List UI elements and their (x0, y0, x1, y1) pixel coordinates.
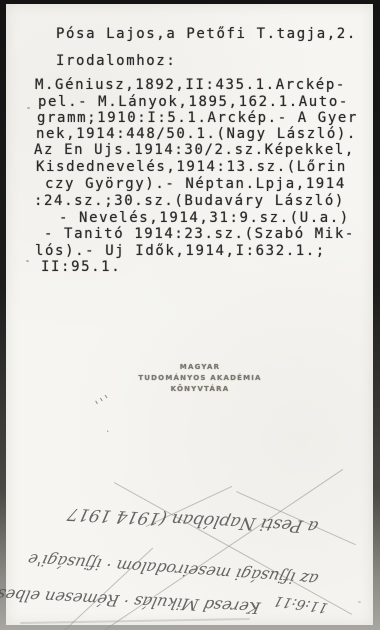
paper-speck (358, 601, 361, 603)
scanned-catalog-card: Pósa Lajos,a Petőfi T.tagja,2. Irodalomh… (0, 0, 380, 630)
paper-speck (27, 107, 30, 109)
typed-line: :24.sz.;30.sz.(Budaváry László) (34, 193, 345, 209)
typed-line: lós).- Uj Idők,1914,I:632.1.; (35, 243, 326, 259)
typed-line: nek,1914:448/50.1.(Nagy László). (36, 126, 357, 142)
typed-line: Az En Ujs.1914:30/2.sz.Képekkel, (34, 142, 355, 158)
stamp-line: TUDOMÁNYOS AKADÉMIA (134, 373, 266, 384)
typed-line: - Nevelés,1914,31:9.sz.(U.a.) (59, 210, 350, 226)
stamp-line: MAGYAR (134, 362, 266, 373)
pencil-scribble: ''' (93, 392, 115, 414)
pencil-dot: . (106, 422, 110, 435)
typed-line: pel.- M.Lányok,1895,162.1.Auto- (38, 94, 349, 110)
typed-line: gramm;1910:I:5.1.Arckép.- A Gyer (37, 110, 358, 126)
typed-line: - Tanitó 1914:23.sz.(Szabó Mik- (44, 226, 355, 242)
library-stamp: MAGYAR TUDOMÁNYOS AKADÉMIA KÖNYVTÁRA (134, 362, 266, 395)
stamp-line: KÖNYVTÁRA (134, 384, 266, 395)
typed-line: M.Géniusz,1892,II:435.1.Arckép- (35, 77, 346, 93)
typed-line: II:95.1. (41, 259, 121, 275)
paper-card: Pósa Lajos,a Petőfi T.tagja,2. Irodalomh… (6, 4, 373, 625)
paper-smudge (20, 618, 250, 624)
handwritten-note-upside-down: Keresd Mikulás · Rémesen elbeszélése (6, 586, 262, 618)
handwritten-number-upside-down: 11:6:11 (256, 590, 346, 618)
section-label: Irodalomhoz: (56, 53, 176, 69)
card-heading: Pósa Lajos,a Petőfi T.tagja,2. (56, 26, 357, 42)
typed-line: Kisdednevelés,1914:13.sz.(Lőrin (36, 159, 347, 175)
typed-line: czy György).- Néptan.Lpja,1914 (45, 176, 346, 192)
paper-speck (26, 260, 29, 262)
